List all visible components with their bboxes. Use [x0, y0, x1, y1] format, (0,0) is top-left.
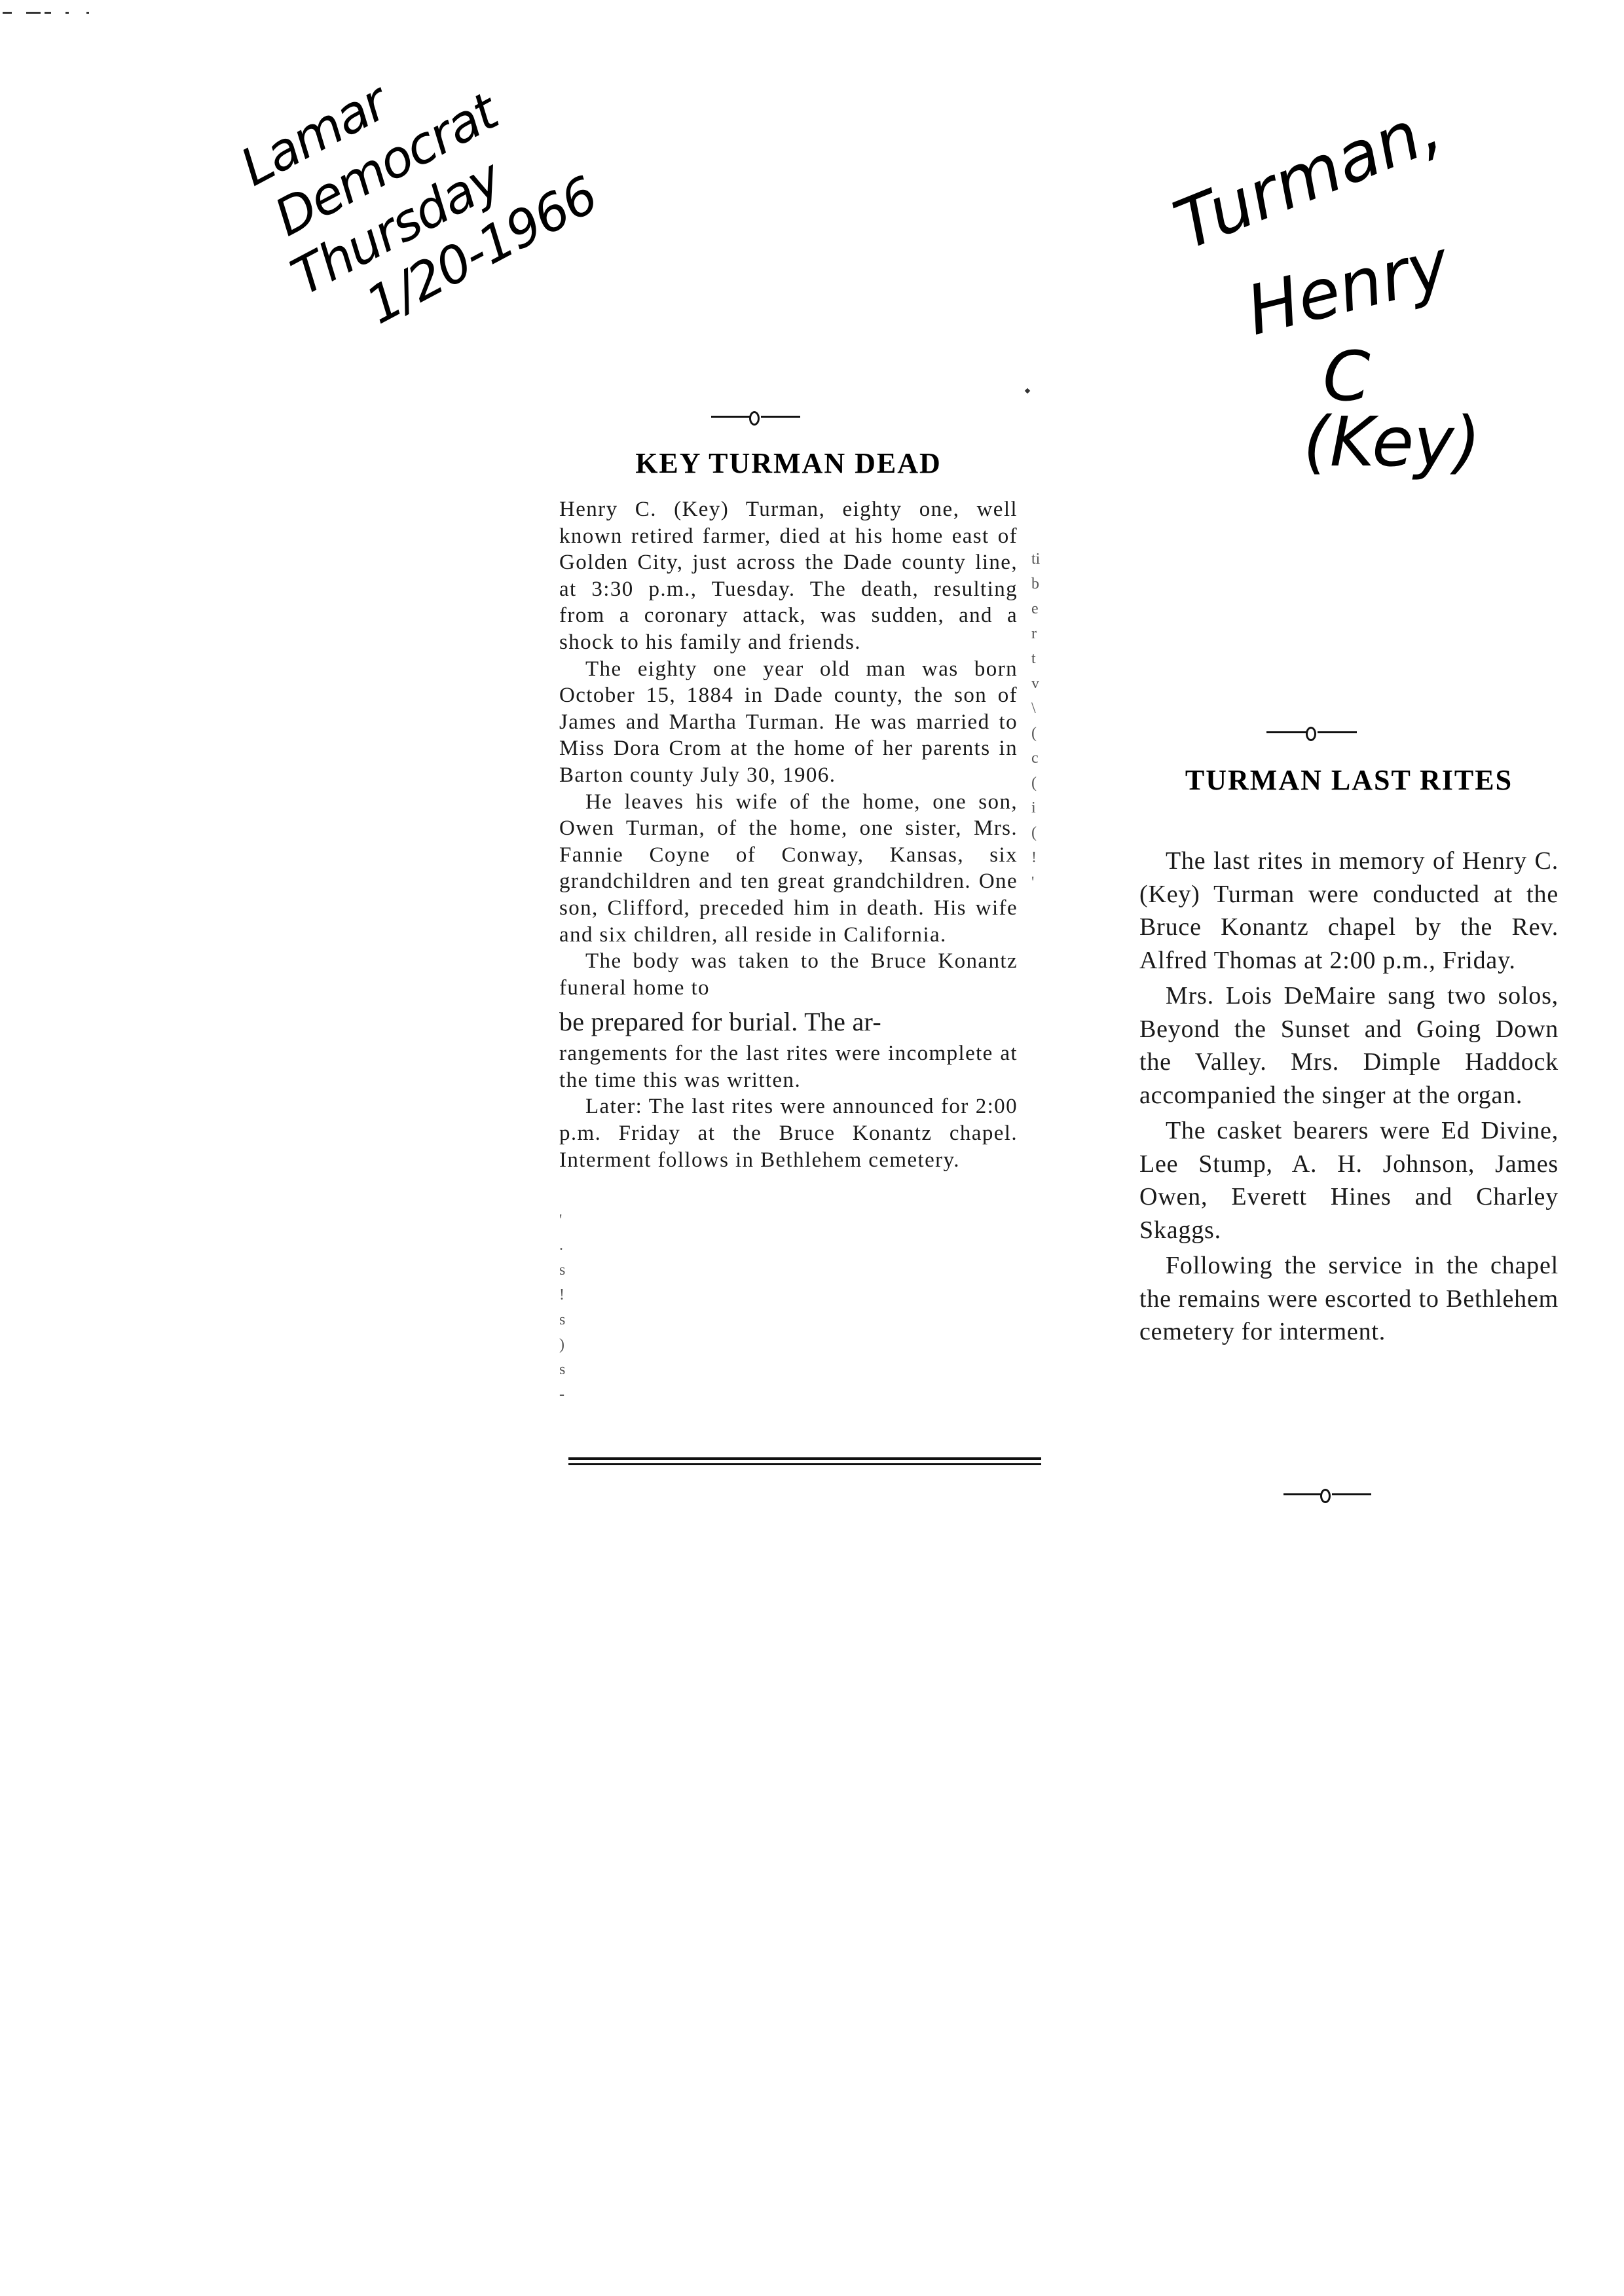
article-body: Henry C. (Key) Turman, eighty one, well …: [559, 496, 1018, 1173]
article-headline: TURMAN LAST RITES: [1139, 762, 1559, 799]
article-body: The last rites in memory of Henry C. (Ke…: [1139, 845, 1559, 1349]
article-paragraph: rangements for the last rites were incom…: [559, 1040, 1018, 1093]
handwritten-subject-note: Turman, Henry C (Key): [1185, 131, 1526, 478]
article-paragraph: The body was taken to the Bruce Konantz …: [559, 948, 1018, 1001]
adjacent-column-fragments-left: ' . s ! s ) s -: [559, 1208, 572, 1407]
article-paragraph: be prepared for burial. The ar-: [559, 1006, 1018, 1038]
article-paragraph: Later: The last rites were announced for…: [559, 1093, 1018, 1173]
scan-artifact-marks: [3, 12, 94, 16]
article-paragraph: The eighty one year old man was born Oct…: [559, 656, 1018, 789]
stray-print-mark: [1025, 388, 1030, 393]
ornamental-separator: [1283, 1490, 1371, 1498]
handwritten-source-note: Lamar Democrat Thursday 1/20-1966: [196, 0, 633, 376]
article-paragraph: Mrs. Lois DeMaire sang two solos, Beyond…: [1139, 979, 1559, 1112]
article-turman-last-rites: TURMAN LAST RITES The last rites in memo…: [1139, 762, 1559, 1349]
article-headline: KEY TURMAN DEAD: [559, 445, 1018, 482]
article-paragraph: The casket bearers were Ed Divine, Lee S…: [1139, 1114, 1559, 1247]
adjacent-column-fragments: ti b e r t v \ ( c ( i ( ! ': [1031, 547, 1058, 895]
column-end-double-rule: [568, 1457, 1041, 1465]
ornamental-separator: [1266, 728, 1357, 736]
ornamental-separator: [711, 412, 800, 420]
article-paragraph: He leaves his wife of the home, one son,…: [559, 789, 1018, 949]
article-paragraph: Henry C. (Key) Turman, eighty one, well …: [559, 496, 1018, 656]
subject-note-line: Henry: [1240, 212, 1517, 347]
article-paragraph: The last rites in memory of Henry C. (Ke…: [1139, 845, 1559, 977]
subject-note-line: (Key): [1303, 406, 1526, 478]
article-key-turman-dead: KEY TURMAN DEAD Henry C. (Key) Turman, e…: [559, 445, 1018, 1173]
article-paragraph: Following the service in the chapel the …: [1139, 1249, 1559, 1349]
